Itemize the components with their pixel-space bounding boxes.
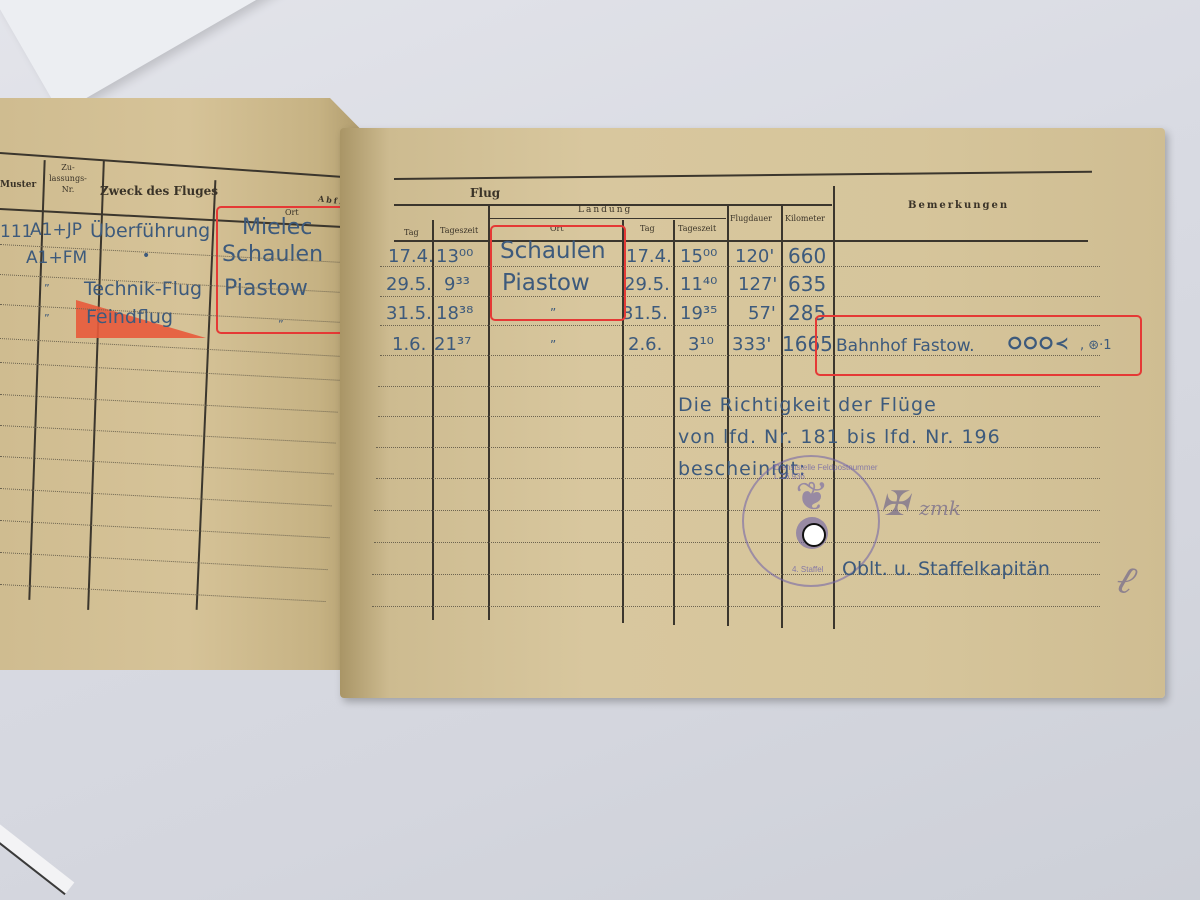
- header-tageszeit: Tageszeit: [440, 226, 478, 235]
- row-line: [378, 416, 1100, 417]
- row4-landung-ort: ”: [550, 338, 556, 352]
- right-col-divider: [432, 220, 434, 620]
- row1-zweck: Überführung: [90, 220, 210, 242]
- row-line: [374, 542, 1100, 543]
- row1-landung-zeit: 15⁰⁰: [680, 246, 717, 267]
- marker-dot-icon: [802, 523, 826, 547]
- row1-landung-tag: 17.4.: [626, 246, 672, 267]
- row2-zeit: 9³³: [444, 274, 470, 295]
- eagle-emblem-icon: ❦: [764, 477, 860, 517]
- header-kilometer: Kilometer: [785, 214, 825, 223]
- row1-flugdauer: 120': [735, 246, 774, 267]
- row3-zulassung: ”: [44, 282, 50, 295]
- row-line: [380, 296, 1100, 297]
- row2-zulassung: A1+FM: [26, 248, 87, 268]
- row4-landung-zeit: 3¹⁰: [688, 334, 714, 355]
- landung-ort-highlight: [490, 225, 626, 321]
- row1-zeit: 13⁰⁰: [436, 246, 473, 267]
- row4-tag: 1.6.: [392, 334, 426, 355]
- row3-flugdauer: 57': [748, 303, 776, 324]
- row3-tag: 31.5.: [386, 303, 432, 324]
- row2-km: 635: [788, 272, 826, 296]
- certification-line1: Die Richtigkeit der Flüge: [678, 394, 937, 416]
- header-landung: Landung: [578, 205, 632, 215]
- signature: ✠ zmk: [880, 484, 961, 524]
- stamp-text-top: Dienststelle Feldpostnummer L 16 936: [774, 463, 878, 481]
- header-flugdauer: Flugdauer: [730, 214, 772, 223]
- row3-landung-zeit: 19³⁵: [680, 303, 717, 324]
- header-zulassungs-nr: Zu-lassungs-Nr.: [44, 162, 92, 195]
- signature-title: Oblt. u. Staffelkapitän: [842, 558, 1050, 580]
- header-landung-tageszeit: Tageszeit: [678, 224, 716, 233]
- header-muster: Muster: [0, 180, 36, 190]
- header-tag: Tag: [404, 228, 419, 237]
- right-col-divider: [673, 220, 675, 625]
- header-landung-tag: Tag: [640, 224, 655, 233]
- row2-zweck: •: [142, 248, 150, 264]
- stamp-text-bottom: 4. Staffel: [792, 565, 823, 574]
- row1-muster: 111: [0, 222, 32, 242]
- landung-rule: [490, 218, 726, 219]
- row-line: [374, 510, 1100, 511]
- row4-zulassung: ”: [44, 312, 50, 325]
- row3-zeit: 18³⁸: [436, 303, 473, 324]
- row-line: [378, 386, 1100, 387]
- row4-zeit: 21³⁷: [434, 334, 471, 355]
- row2-landung-zeit: 11⁴⁰: [680, 274, 717, 295]
- row3-landung-tag: 31.5.: [622, 303, 668, 324]
- certification-line2: von lfd. Nr. 181 bis lfd. Nr. 196: [678, 426, 1001, 448]
- row2-tag: 29.5.: [386, 274, 432, 295]
- header-bemerkungen: Bemerkungen: [908, 200, 1009, 211]
- bemerkung-highlight: [815, 315, 1142, 376]
- row1-zulassung: A1+JP: [30, 220, 82, 240]
- row1-tag: 17.4.: [388, 246, 434, 267]
- logbook: Muster Zu-lassungs-Nr. Zweck des Fluges …: [0, 0, 1200, 900]
- row4-flugdauer: 333': [732, 334, 771, 355]
- row2-flugdauer: 127': [738, 274, 777, 295]
- row4-landung-tag: 2.6.: [628, 334, 662, 355]
- row1-km: 660: [788, 244, 826, 268]
- header-zweck: Zweck des Fluges: [100, 184, 218, 198]
- row2-landung-tag: 29.5.: [624, 274, 670, 295]
- row-line: [372, 606, 1100, 607]
- header-flug: Flug: [470, 186, 500, 200]
